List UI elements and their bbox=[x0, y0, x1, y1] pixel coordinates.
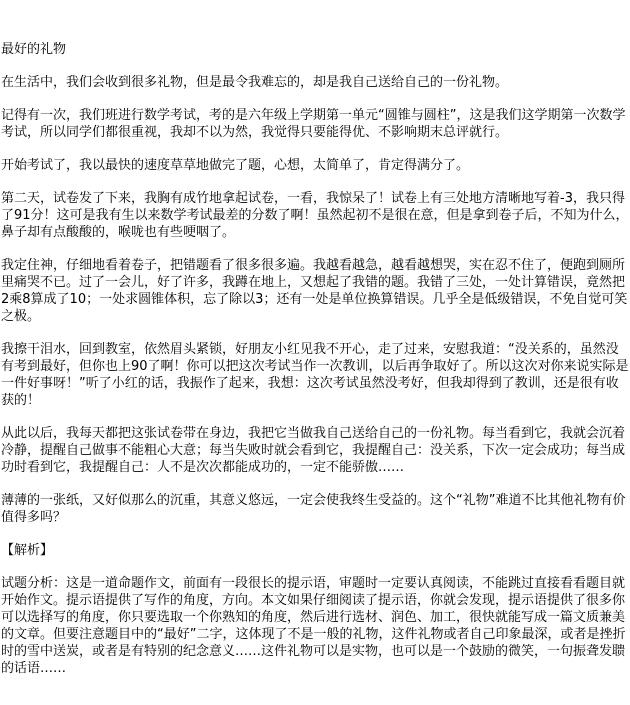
essay-paragraph-exam-background: 记得有一次，我们班进行数学考试，考的是六年级上学期第一单元“圆锥与圆柱”，这是我… bbox=[1, 107, 629, 141]
essay-paragraph-friend-comfort: 我擦干泪水，回到教室，依然眉头紧锁，好朋友小红见我不开心，走了过来，安慰我道：“… bbox=[1, 341, 629, 409]
essay-paragraph-keeping-paper: 从此以后，我每天都把这张试卷带在身边，我把它当做我自己送给自己的一份礼物。每当看… bbox=[1, 425, 629, 476]
essay-paragraph-taking-exam: 开始考试了，我以最快的速度草草地做完了题，心想，太简单了，肯定得满分了。 bbox=[1, 157, 629, 174]
essay-paragraph-conclusion: 薄薄的一张纸，又好似那么的沉重，其意义悠远，一定会使我终生受益的。这个“礼物”难… bbox=[1, 492, 629, 526]
analysis-header: 【解析】 bbox=[1, 542, 629, 559]
analysis-body: 试题分析：这是一道命题作文，前面有一段很长的提示语，审题时一定要认真阅读，不能跳… bbox=[1, 575, 629, 677]
essay-paragraph-intro: 在生活中，我们会收到很多礼物，但是最令我难忘的，却是我自己送给自己的一份礼物。 bbox=[1, 74, 629, 91]
essay-title: 最好的礼物 bbox=[1, 41, 629, 58]
document-page: 最好的礼物 在生活中，我们会收到很多礼物，但是最令我难忘的，却是我自己送给自己的… bbox=[0, 0, 630, 705]
essay-paragraph-reviewing-mistakes: 我定住神，仔细地看着卷子，把错题看了很多很多遍。我越看越急，越看越想哭，实在忍不… bbox=[1, 257, 629, 325]
essay-paragraph-score-revealed: 第二天，试卷发了下来，我胸有成竹地拿起试卷，一看，我惊呆了！试卷上有三处地方清晰… bbox=[1, 190, 629, 241]
